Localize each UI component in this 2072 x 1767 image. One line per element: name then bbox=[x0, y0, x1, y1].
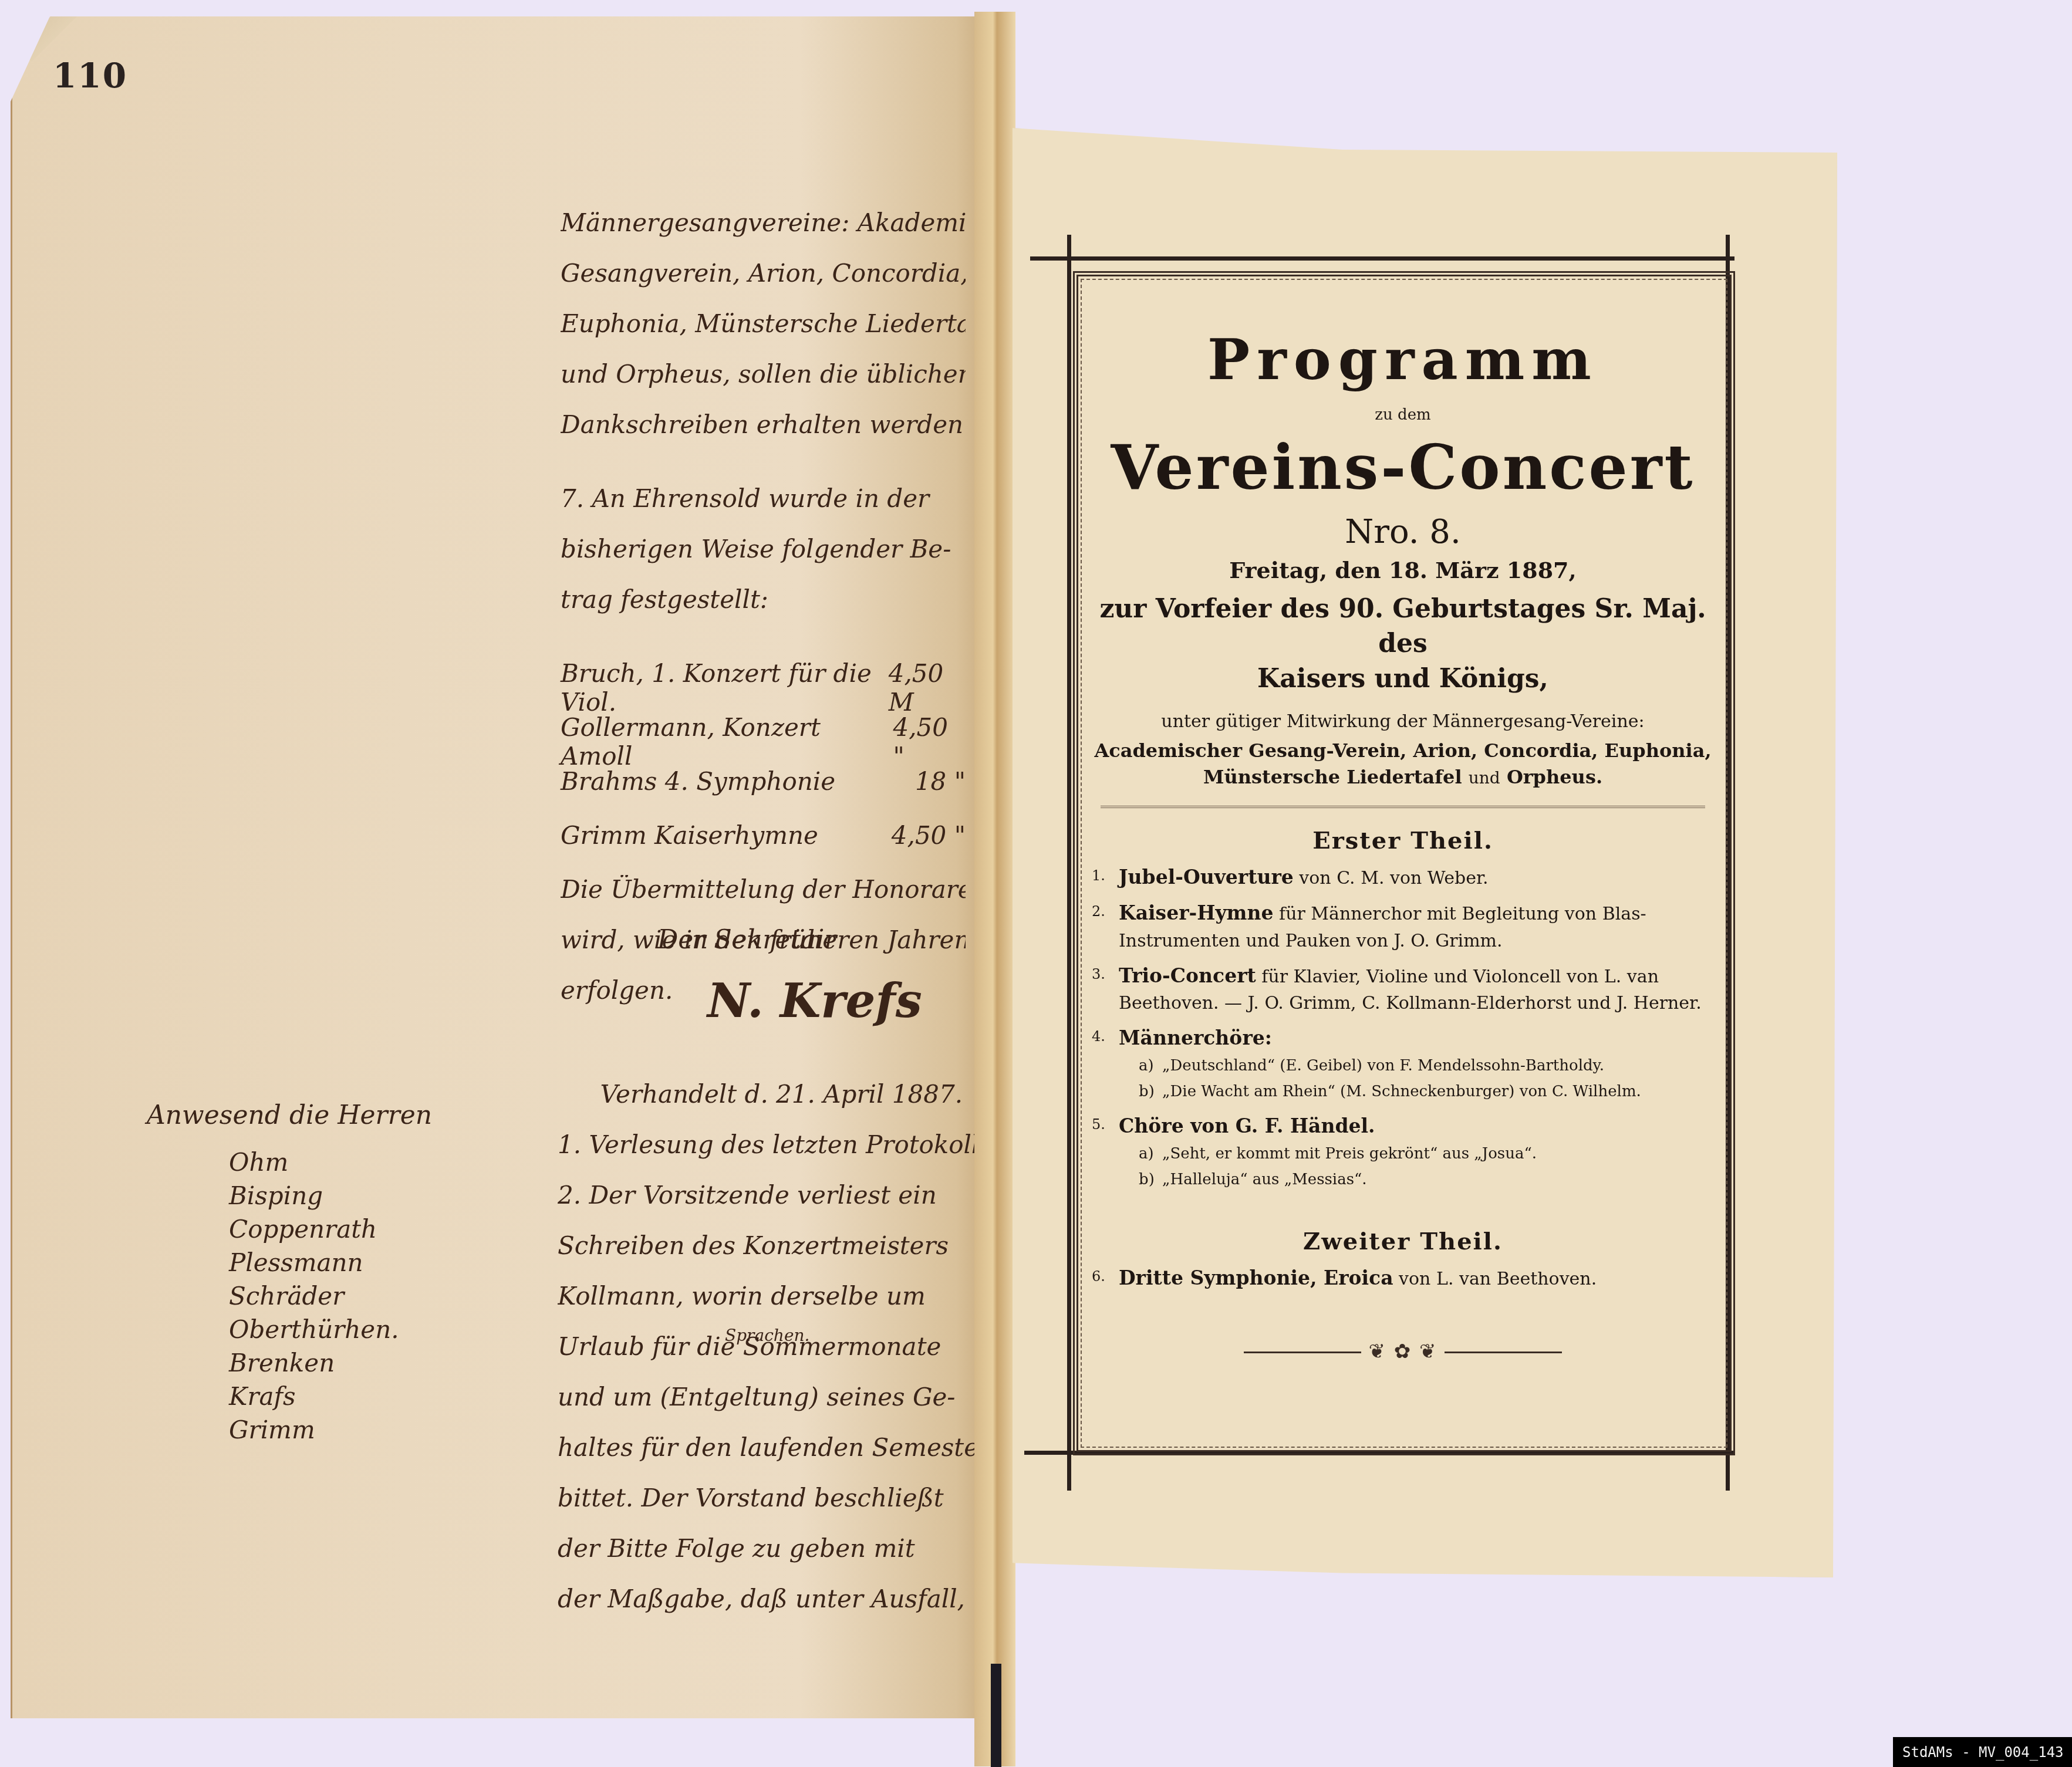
fee-row: Brahms 4. Symphonie 18 " bbox=[561, 767, 966, 821]
work-detail: von L. van Beethoven. bbox=[1393, 1269, 1597, 1289]
ornament-icon: ❦ ✿ ❦ bbox=[1368, 1340, 1437, 1363]
attendee: Krafs bbox=[229, 1382, 432, 1415]
attendee: Coppenrath bbox=[229, 1215, 432, 1248]
fee-amount: 4,50 M bbox=[889, 659, 966, 713]
subitem-label: a) bbox=[1139, 1141, 1162, 1167]
work-title: Dritte Symphonie, Eroica bbox=[1119, 1266, 1393, 1289]
attendee: Plessmann bbox=[229, 1248, 432, 1282]
attendee: Grimm bbox=[229, 1415, 432, 1449]
fee-work: Grimm Kaiserhymne bbox=[561, 821, 818, 875]
program-item: 4. Männerchöre: bbox=[1092, 1023, 1702, 1053]
conjunction: und bbox=[1469, 768, 1500, 788]
minutes-line: und Orpheus, sollen die üblichen bbox=[561, 360, 966, 410]
program-item: 2. Kaiser-Hymne für Männerchor mit Begle… bbox=[1092, 898, 1702, 954]
attendance-list: Anwesend die Herren Ohm Bisping Coppenra… bbox=[147, 1100, 432, 1449]
meeting-line: haltes für den laufenden Semester bbox=[558, 1433, 974, 1484]
part-1-title: Erster Theil. bbox=[1086, 827, 1720, 854]
subitem-text: „Die Wacht am Rhein“ (M. Schneckenburger… bbox=[1162, 1079, 1641, 1104]
fee-work: Brahms 4. Symphonie bbox=[561, 767, 835, 821]
meeting-line: 1. Verlesung des letzten Protokolls bbox=[558, 1130, 974, 1181]
meeting-line: bittet. Der Vorstand beschließt bbox=[558, 1484, 974, 1534]
concert-title: Vereins-Concert bbox=[1086, 434, 1720, 501]
part-2-title: Zweiter Theil. bbox=[1086, 1228, 1720, 1255]
program-subitem: b) „Halleluja“ aus „Messias“. bbox=[1092, 1167, 1702, 1192]
program-title: Programm bbox=[1086, 329, 1720, 391]
program-item: 1. Jubel-Ouverture von C. M. von Weber. bbox=[1092, 863, 1702, 892]
fee-work: Gollermann, Konzert Amoll bbox=[561, 713, 893, 767]
meeting-minutes: Verhandelt d. 21. April 1887. 1. Verlesu… bbox=[558, 1080, 974, 1635]
ornament-divider: ❦ ✿ ❦ bbox=[1086, 1340, 1720, 1363]
meeting-line: Schreiben des Konzertmeisters bbox=[558, 1231, 974, 1282]
archive-signature-label: StdAMs - MV_004_143 bbox=[1893, 1737, 2072, 1767]
choir-name: Münstersche Liedertafel bbox=[1203, 766, 1462, 788]
attendee: Ohm bbox=[229, 1148, 432, 1181]
choirs-line: Münstersche Liedertafel und Orpheus. bbox=[1086, 764, 1720, 790]
meeting-line: der Maßgabe, daß unter Ausfall, bbox=[558, 1584, 974, 1635]
signature-label: Der Sekretair bbox=[657, 927, 836, 953]
fee-amount: 4,50 " bbox=[892, 821, 966, 875]
minutes-line: Männergesangvereine: Akademischer bbox=[561, 208, 966, 259]
item-number: 2. bbox=[1092, 898, 1119, 954]
fee-work: Bruch, 1. Konzert für die Viol. bbox=[561, 659, 889, 713]
section-divider bbox=[1101, 806, 1705, 808]
attendee: Bisping bbox=[229, 1181, 432, 1215]
subitem-label: b) bbox=[1139, 1167, 1162, 1192]
attendee: Schräder bbox=[229, 1282, 432, 1315]
subitem-label: a) bbox=[1139, 1053, 1162, 1079]
fee-amount: 4,50 " bbox=[893, 713, 966, 767]
meeting-line: der Bitte Folge zu geben mit bbox=[558, 1534, 974, 1584]
frame-line-top bbox=[1030, 256, 1734, 261]
work-title: Trio-Concert bbox=[1119, 964, 1256, 987]
program-subitem: a) „Seht, er kommt mit Preis gekrönt“ au… bbox=[1092, 1141, 1702, 1167]
fee-row: Grimm Kaiserhymne 4,50 " bbox=[561, 821, 966, 875]
concert-date: Freitag, den 18. März 1887, bbox=[1086, 557, 1720, 583]
item-text: Kaiser-Hymne für Männerchor mit Begleitu… bbox=[1119, 898, 1702, 954]
minutes-line: Euphonia, Münstersche Liedertafel bbox=[561, 309, 966, 360]
attendee: Oberthürhen. bbox=[229, 1315, 432, 1349]
choirs-line: Academischer Gesang-Verein, Arion, Conco… bbox=[1086, 738, 1720, 764]
subitem-text: „Halleluja“ aus „Messias“. bbox=[1162, 1167, 1367, 1192]
program-subitem: a) „Deutschland“ (E. Geibel) von F. Mend… bbox=[1092, 1053, 1702, 1079]
item-number: 1. bbox=[1092, 863, 1119, 892]
program-item: 3. Trio-Concert für Klavier, Violine und… bbox=[1092, 961, 1702, 1017]
minutes-line: Gesangverein, Arion, Concordia, bbox=[561, 259, 966, 309]
item-number: 3. bbox=[1092, 961, 1119, 1017]
cooperation-line: unter gütiger Mitwirkung der Männergesan… bbox=[1086, 711, 1720, 732]
occasion-line: zur Vorfeier des 90. Geburtstages Sr. Ma… bbox=[1086, 592, 1720, 661]
spine-shadow bbox=[991, 1664, 1001, 1767]
program-item: 5. Chöre von G. F. Händel. bbox=[1092, 1111, 1702, 1141]
concert-number: Nro. 8. bbox=[1086, 513, 1720, 551]
meeting-line: und um (Entgeltung) seines Ge- bbox=[558, 1383, 974, 1433]
meeting-line: Kollmann, worin derselbe um bbox=[558, 1282, 974, 1332]
program-content: Programm zu dem Vereins-Concert Nro. 8. … bbox=[1086, 329, 1720, 1363]
program-subtitle: zu dem bbox=[1086, 406, 1720, 424]
subitem-text: „Deutschland“ (E. Geibel) von F. Mendels… bbox=[1162, 1053, 1604, 1079]
item-7-line: trag festgestellt: bbox=[561, 585, 966, 636]
fee-amount: 18 " bbox=[915, 767, 966, 821]
occasion-line: Kaisers und Königs, bbox=[1086, 661, 1720, 696]
item-number: 6. bbox=[1092, 1263, 1119, 1293]
attendance-heading: Anwesend die Herren bbox=[147, 1100, 432, 1130]
item-text: Jubel-Ouverture von C. M. von Weber. bbox=[1119, 863, 1489, 892]
fee-row: Gollermann, Konzert Amoll 4,50 " bbox=[561, 713, 966, 767]
page-number: 110 bbox=[53, 56, 127, 96]
work-title: Chöre von G. F. Händel. bbox=[1119, 1111, 1375, 1141]
minutes-text: Männergesangvereine: Akademischer Gesang… bbox=[561, 208, 966, 1026]
item-7-line: bisherigen Weise folgender Be- bbox=[561, 535, 966, 585]
choirs-list: Academischer Gesang-Verein, Arion, Conco… bbox=[1086, 738, 1720, 790]
subitem-label: b) bbox=[1139, 1079, 1162, 1104]
minutes-line: Dankschreiben erhalten werden bbox=[561, 410, 966, 461]
part-1-items: 1. Jubel-Ouverture von C. M. von Weber. … bbox=[1086, 863, 1720, 1192]
interlinear-insertion: Sprachen. bbox=[725, 1327, 809, 1344]
item-7-line: 7. An Ehrensold wurde in der bbox=[561, 484, 966, 535]
attendee: Brenken bbox=[229, 1349, 432, 1382]
work-detail: von C. M. von Weber. bbox=[1294, 868, 1489, 888]
item-text: Trio-Concert für Klavier, Violine und Vi… bbox=[1119, 961, 1702, 1017]
fee-row: Bruch, 1. Konzert für die Viol. 4,50 M bbox=[561, 659, 966, 713]
ornament-line bbox=[1244, 1352, 1361, 1353]
work-title: Jubel-Ouverture bbox=[1119, 866, 1294, 888]
program-subitem: b) „Die Wacht am Rhein“ (M. Schneckenbur… bbox=[1092, 1079, 1702, 1104]
item-text: Dritte Symphonie, Eroica von L. van Beet… bbox=[1119, 1263, 1597, 1293]
item-number: 5. bbox=[1092, 1111, 1119, 1141]
frame-line-left bbox=[1067, 235, 1071, 1491]
choir-name: Orpheus. bbox=[1507, 766, 1602, 788]
part-2-items: 6. Dritte Symphonie, Eroica von L. van B… bbox=[1086, 1263, 1720, 1293]
ornament-line bbox=[1445, 1352, 1562, 1353]
item-number: 4. bbox=[1092, 1023, 1119, 1053]
book-spine bbox=[974, 12, 1015, 1766]
closing-line: Die Übermittelung der Honorare bbox=[561, 875, 966, 925]
signature: N. Krefs bbox=[707, 977, 922, 1024]
work-title: Männerchöre: bbox=[1119, 1023, 1272, 1053]
meeting-line: 2. Der Vorsitzende verliest ein bbox=[558, 1181, 974, 1231]
subitem-text: „Seht, er kommt mit Preis gekrönt“ aus „… bbox=[1162, 1141, 1537, 1167]
program-item: 6. Dritte Symphonie, Eroica von L. van B… bbox=[1092, 1263, 1702, 1293]
work-title: Kaiser-Hymne bbox=[1119, 901, 1274, 924]
meeting-date: Verhandelt d. 21. April 1887. bbox=[558, 1080, 974, 1130]
